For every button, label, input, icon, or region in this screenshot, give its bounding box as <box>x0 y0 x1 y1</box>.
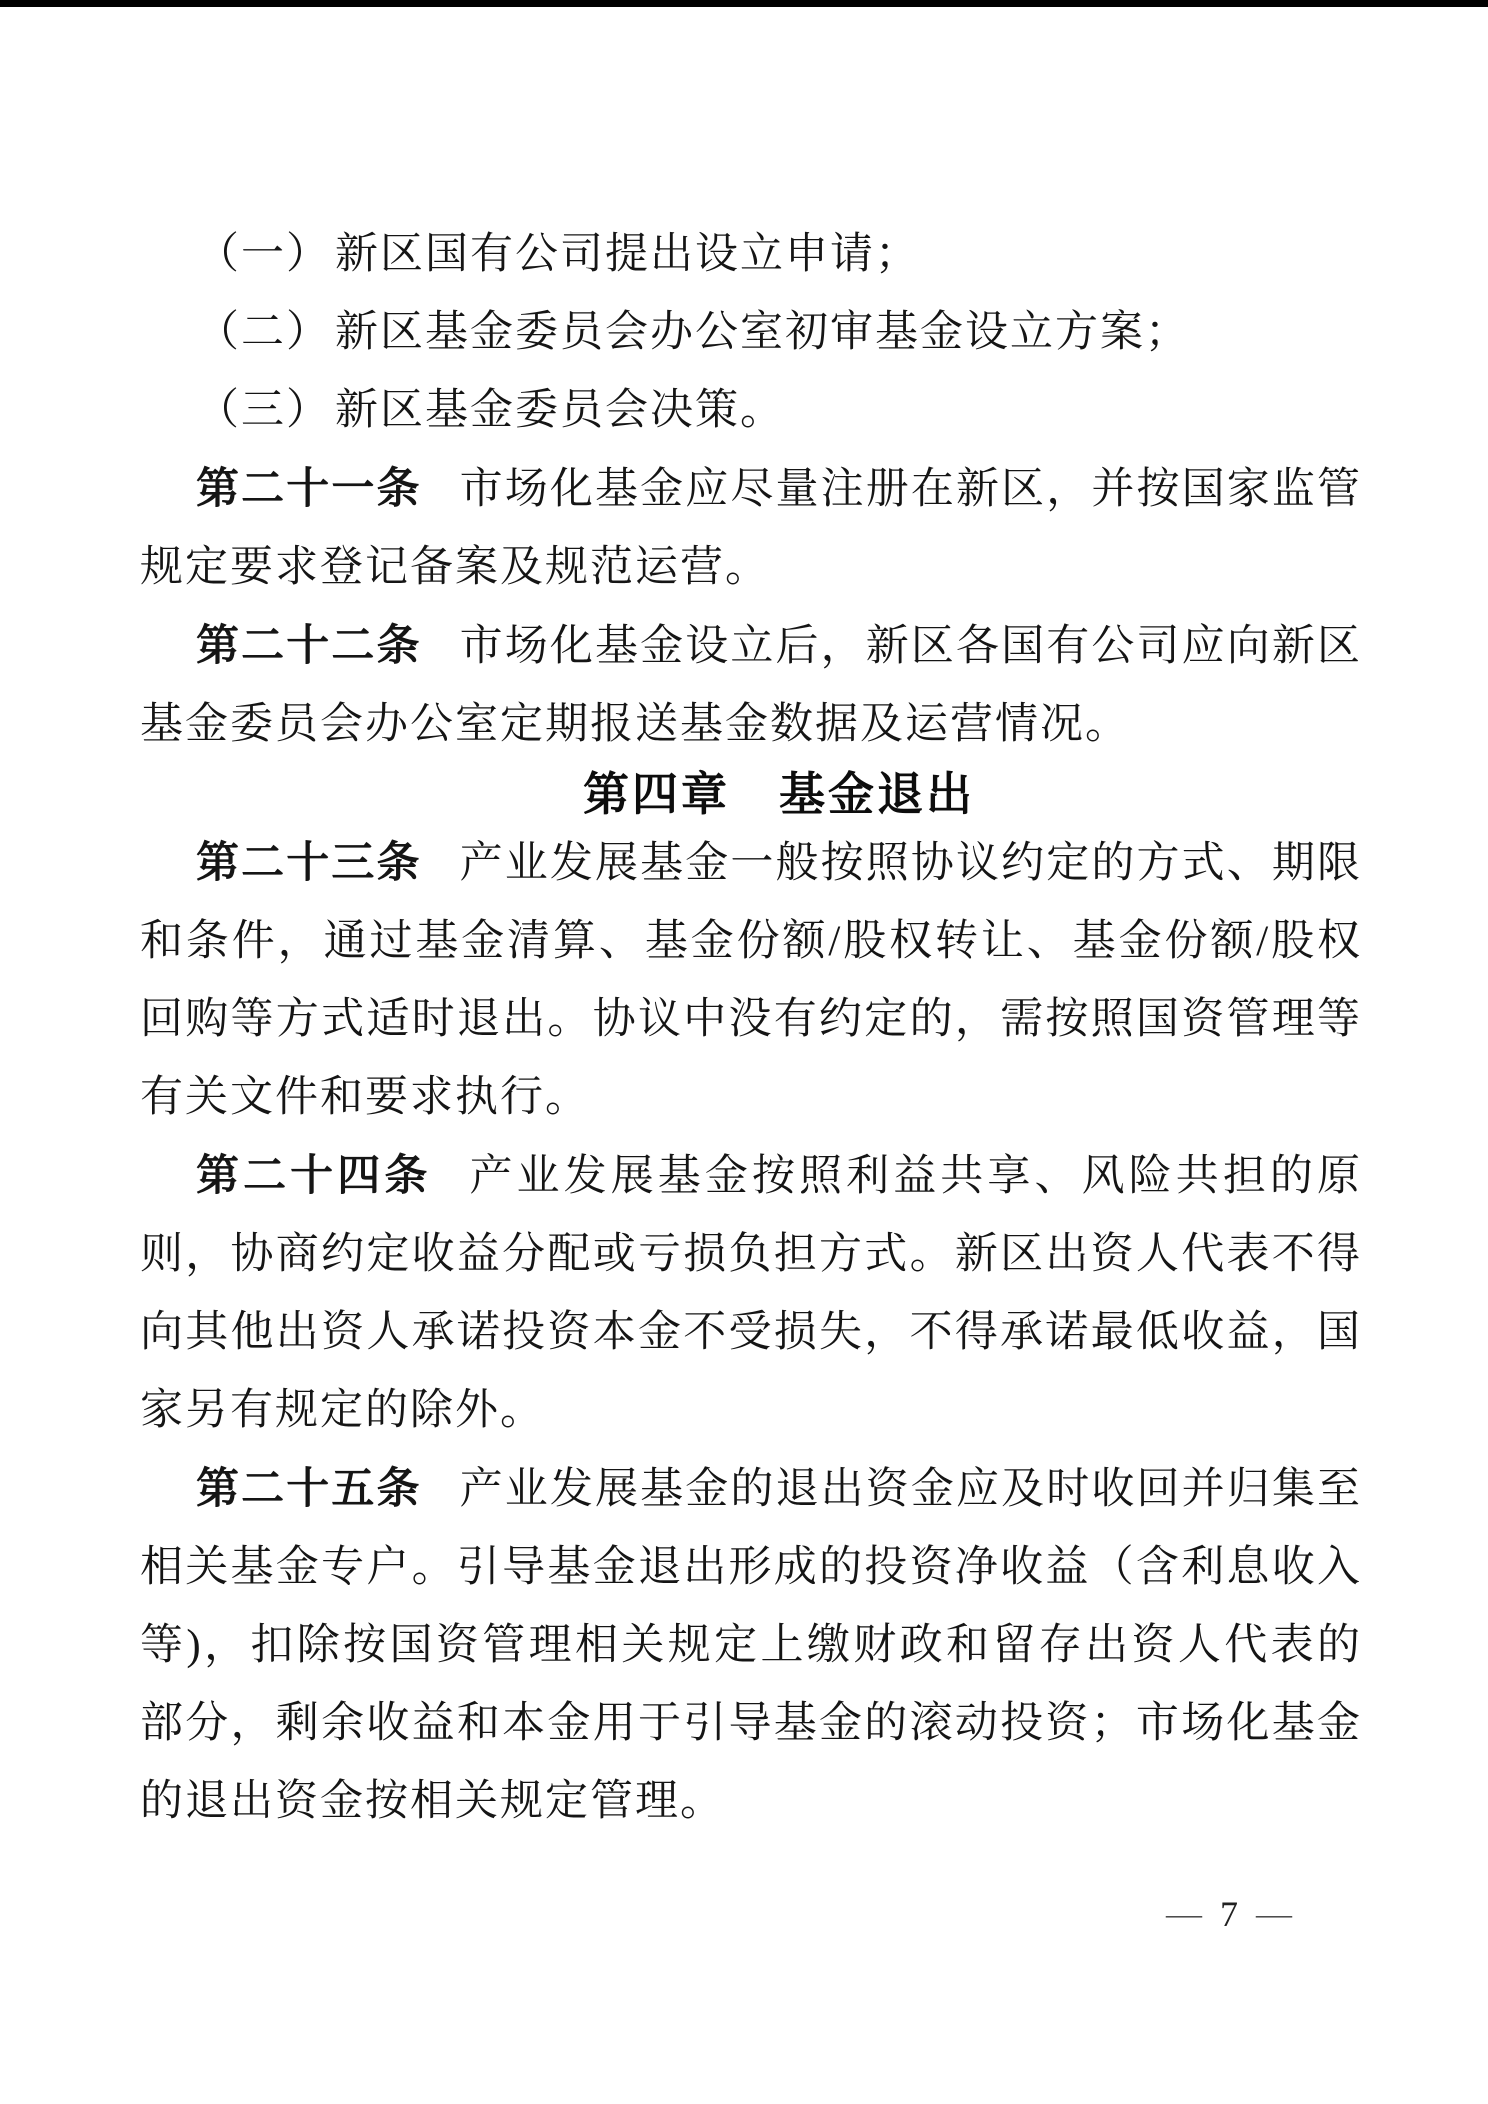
page-number-dash-left: — <box>1166 1898 1202 1930</box>
scan-top-edge-artifact <box>0 0 1488 7</box>
list-item-2-text: 新区基金委员会办公室初审基金设立方案； <box>335 309 1190 356</box>
list-item-3-marker: （三） <box>196 387 331 434</box>
list-item-1-marker: （一） <box>196 231 331 278</box>
page-number: — 7 — <box>1166 1894 1292 1934</box>
page-number-dash-right: — <box>1256 1898 1292 1930</box>
article-22-number: 第二十二条 <box>196 622 422 670</box>
article-24-number: 第二十四条 <box>196 1152 431 1200</box>
page-content: （一）新区国有公司提出设立申请； （二）新区基金委员会办公室初审基金设立方案； … <box>140 216 1362 1841</box>
article-25-text: 产业发展基金的退出资金应及时收回并归集至相关基金专户。引导基金退出形成的投资净收… <box>140 1466 1362 1825</box>
article-23-number: 第二十三条 <box>196 839 422 887</box>
list-item-1: （一）新区国有公司提出设立申请； <box>140 216 1362 294</box>
list-item-3: （三）新区基金委员会决策。 <box>140 372 1362 450</box>
list-item-1-text: 新区国有公司提出设立申请； <box>335 231 920 278</box>
article-24: 第二十四条产业发展基金按照利益共享、风险共担的原则，协商约定收益分配或亏损负担方… <box>140 1137 1362 1450</box>
article-25-number: 第二十五条 <box>196 1465 422 1513</box>
article-21-number: 第二十一条 <box>196 465 422 513</box>
list-item-2: （二）新区基金委员会办公室初审基金设立方案； <box>140 294 1362 372</box>
article-25: 第二十五条产业发展基金的退出资金应及时收回并归集至相关基金专户。引导基金退出形成… <box>140 1450 1362 1841</box>
list-item-3-text: 新区基金委员会决策。 <box>335 387 785 434</box>
page-number-value: 7 <box>1220 1894 1238 1934</box>
article-23: 第二十三条产业发展基金一般按照协议约定的方式、期限和条件，通过基金清算、基金份额… <box>140 824 1362 1137</box>
chapter-heading: 第四章 基金退出 <box>140 764 1362 824</box>
list-item-2-marker: （二） <box>196 309 331 356</box>
article-22: 第二十二条市场化基金设立后，新区各国有公司应向新区基金委员会办公室定期报送基金数… <box>140 607 1362 764</box>
document-page: （一）新区国有公司提出设立申请； （二）新区基金委员会办公室初审基金设立方案； … <box>0 0 1488 2104</box>
article-21: 第二十一条市场化基金应尽量注册在新区，并按国家监管规定要求登记备案及规范运营。 <box>140 450 1362 607</box>
